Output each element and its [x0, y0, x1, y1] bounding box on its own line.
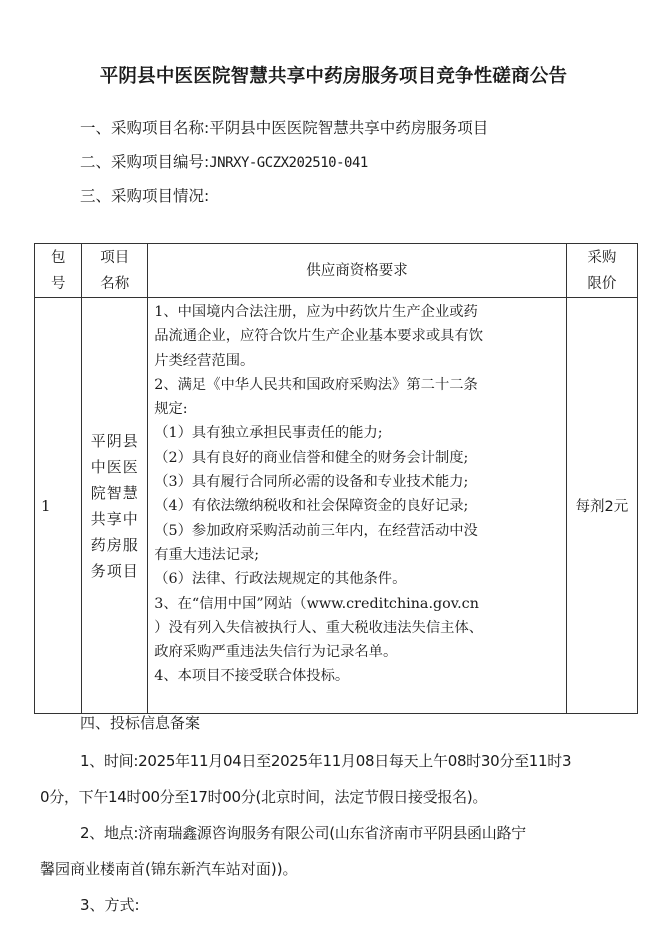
requirement-line: 1、中国境内合法注册，应为中药饮片生产企业或药 — [154, 300, 559, 324]
header-text: 限价 — [567, 271, 637, 297]
requirement-line: （5）参加政府采购活动前三年内，在经营活动中没 — [154, 519, 559, 543]
requirement-line: 4、本项目不接受联合体投标。 — [154, 664, 559, 688]
name-line: 药房服 — [82, 532, 147, 558]
project-name-cell: 平阴县 中医医 院智慧 共享中 药房服 务项目 — [82, 298, 148, 714]
time-line-2: 0分，下午14时00分至17时00分(北京时间，法定节假日接受报名)。 — [40, 786, 487, 807]
price-limit-cell: 每剂2元 — [566, 298, 637, 714]
section-project-info: 三、采购项目情况: — [80, 184, 209, 206]
project-name-value: 平阴县中医医院智慧共享中药房服务项目 — [209, 119, 488, 137]
header-requirements: 供应商资格要求 — [148, 244, 566, 298]
project-number-value: JNRXY-GCZX202510-041 — [209, 155, 368, 171]
name-line: 共享中 — [82, 506, 147, 532]
requirement-line: 有重大违法记录; — [154, 543, 559, 567]
method-line: 3、方式: — [80, 894, 140, 915]
table-row: 1 平阴县 中医医 院智慧 共享中 药房服 务项目 1、中国境内合法注册，应为中… — [35, 298, 638, 714]
header-text: 采购 — [567, 245, 637, 271]
header-text: 号 — [35, 271, 81, 297]
header-project-name: 项目 名称 — [82, 244, 148, 298]
requirement-line: （3）具有履行合同所必需的设备和专业技术能力; — [154, 470, 559, 494]
time-line-1: 1、时间:2025年11月04日至2025年11月08日每天上午08时30分至1… — [80, 750, 571, 771]
section-project-number: 二、采购项目编号:JNRXY-GCZX202510-041 — [80, 150, 368, 172]
requirement-line: 3、在“信用中国”网站（www.creditchina.gov.cn — [154, 592, 559, 616]
header-price-limit: 采购 限价 — [566, 244, 637, 298]
section4-heading: 四、投标信息备案 — [80, 712, 200, 733]
section-project-name: 一、采购项目名称:平阴县中医医院智慧共享中药房服务项目 — [80, 116, 488, 138]
package-no-cell: 1 — [35, 298, 82, 714]
requirements-cell: 1、中国境内合法注册，应为中药饮片生产企业或药 品流通企业，应符合饮片生产企业基… — [148, 298, 566, 714]
header-text: 名称 — [82, 271, 147, 297]
requirement-line: 品流通企业，应符合饮片生产企业基本要求或具有饮 — [154, 324, 559, 348]
place-line-1: 2、地点:济南瑞鑫源咨询服务有限公司(山东省济南市平阴县函山路宁 — [80, 822, 526, 843]
requirement-line: 片类经营范围。 — [154, 349, 559, 373]
header-package-no: 包 号 — [35, 244, 82, 298]
project-name-label: 一、采购项目名称: — [80, 119, 209, 137]
requirement-line: （4）有依法缴纳税收和社会保障资金的良好记录; — [154, 494, 559, 518]
header-text: 包 — [35, 245, 81, 271]
name-line: 院智慧 — [82, 480, 147, 506]
requirement-line: 政府采购严重违法失信行为记录名单。 — [154, 640, 559, 664]
name-line: 务项目 — [82, 558, 147, 584]
requirement-line: ）没有列入失信被执行人、重大税收违法失信主体、 — [154, 616, 559, 640]
requirement-line: 规定: — [154, 397, 559, 421]
place-line-2: 馨园商业楼南首(锦东新汽车站对面))。 — [40, 858, 298, 879]
requirement-line: （1）具有独立承担民事责任的能力; — [154, 421, 559, 445]
name-line: 平阴县 — [82, 428, 147, 454]
requirement-line: （6）法律、行政法规规定的其他条件。 — [154, 567, 559, 591]
procurement-table: 包 号 项目 名称 供应商资格要求 采购 限价 1 平阴县 中医医 院智慧 共享… — [34, 243, 638, 714]
requirement-line: （2）具有良好的商业信誉和健全的财务会计制度; — [154, 446, 559, 470]
table-header-row: 包 号 项目 名称 供应商资格要求 采购 限价 — [35, 244, 638, 298]
header-text: 项目 — [82, 245, 147, 271]
name-line: 中医医 — [82, 454, 147, 480]
requirement-line: 2、满足《中华人民共和国政府采购法》第二十二条 — [154, 373, 559, 397]
document-title: 平阴县中医医院智慧共享中药房服务项目竞争性磋商公告 — [0, 62, 667, 88]
project-number-label: 二、采购项目编号: — [80, 153, 209, 171]
